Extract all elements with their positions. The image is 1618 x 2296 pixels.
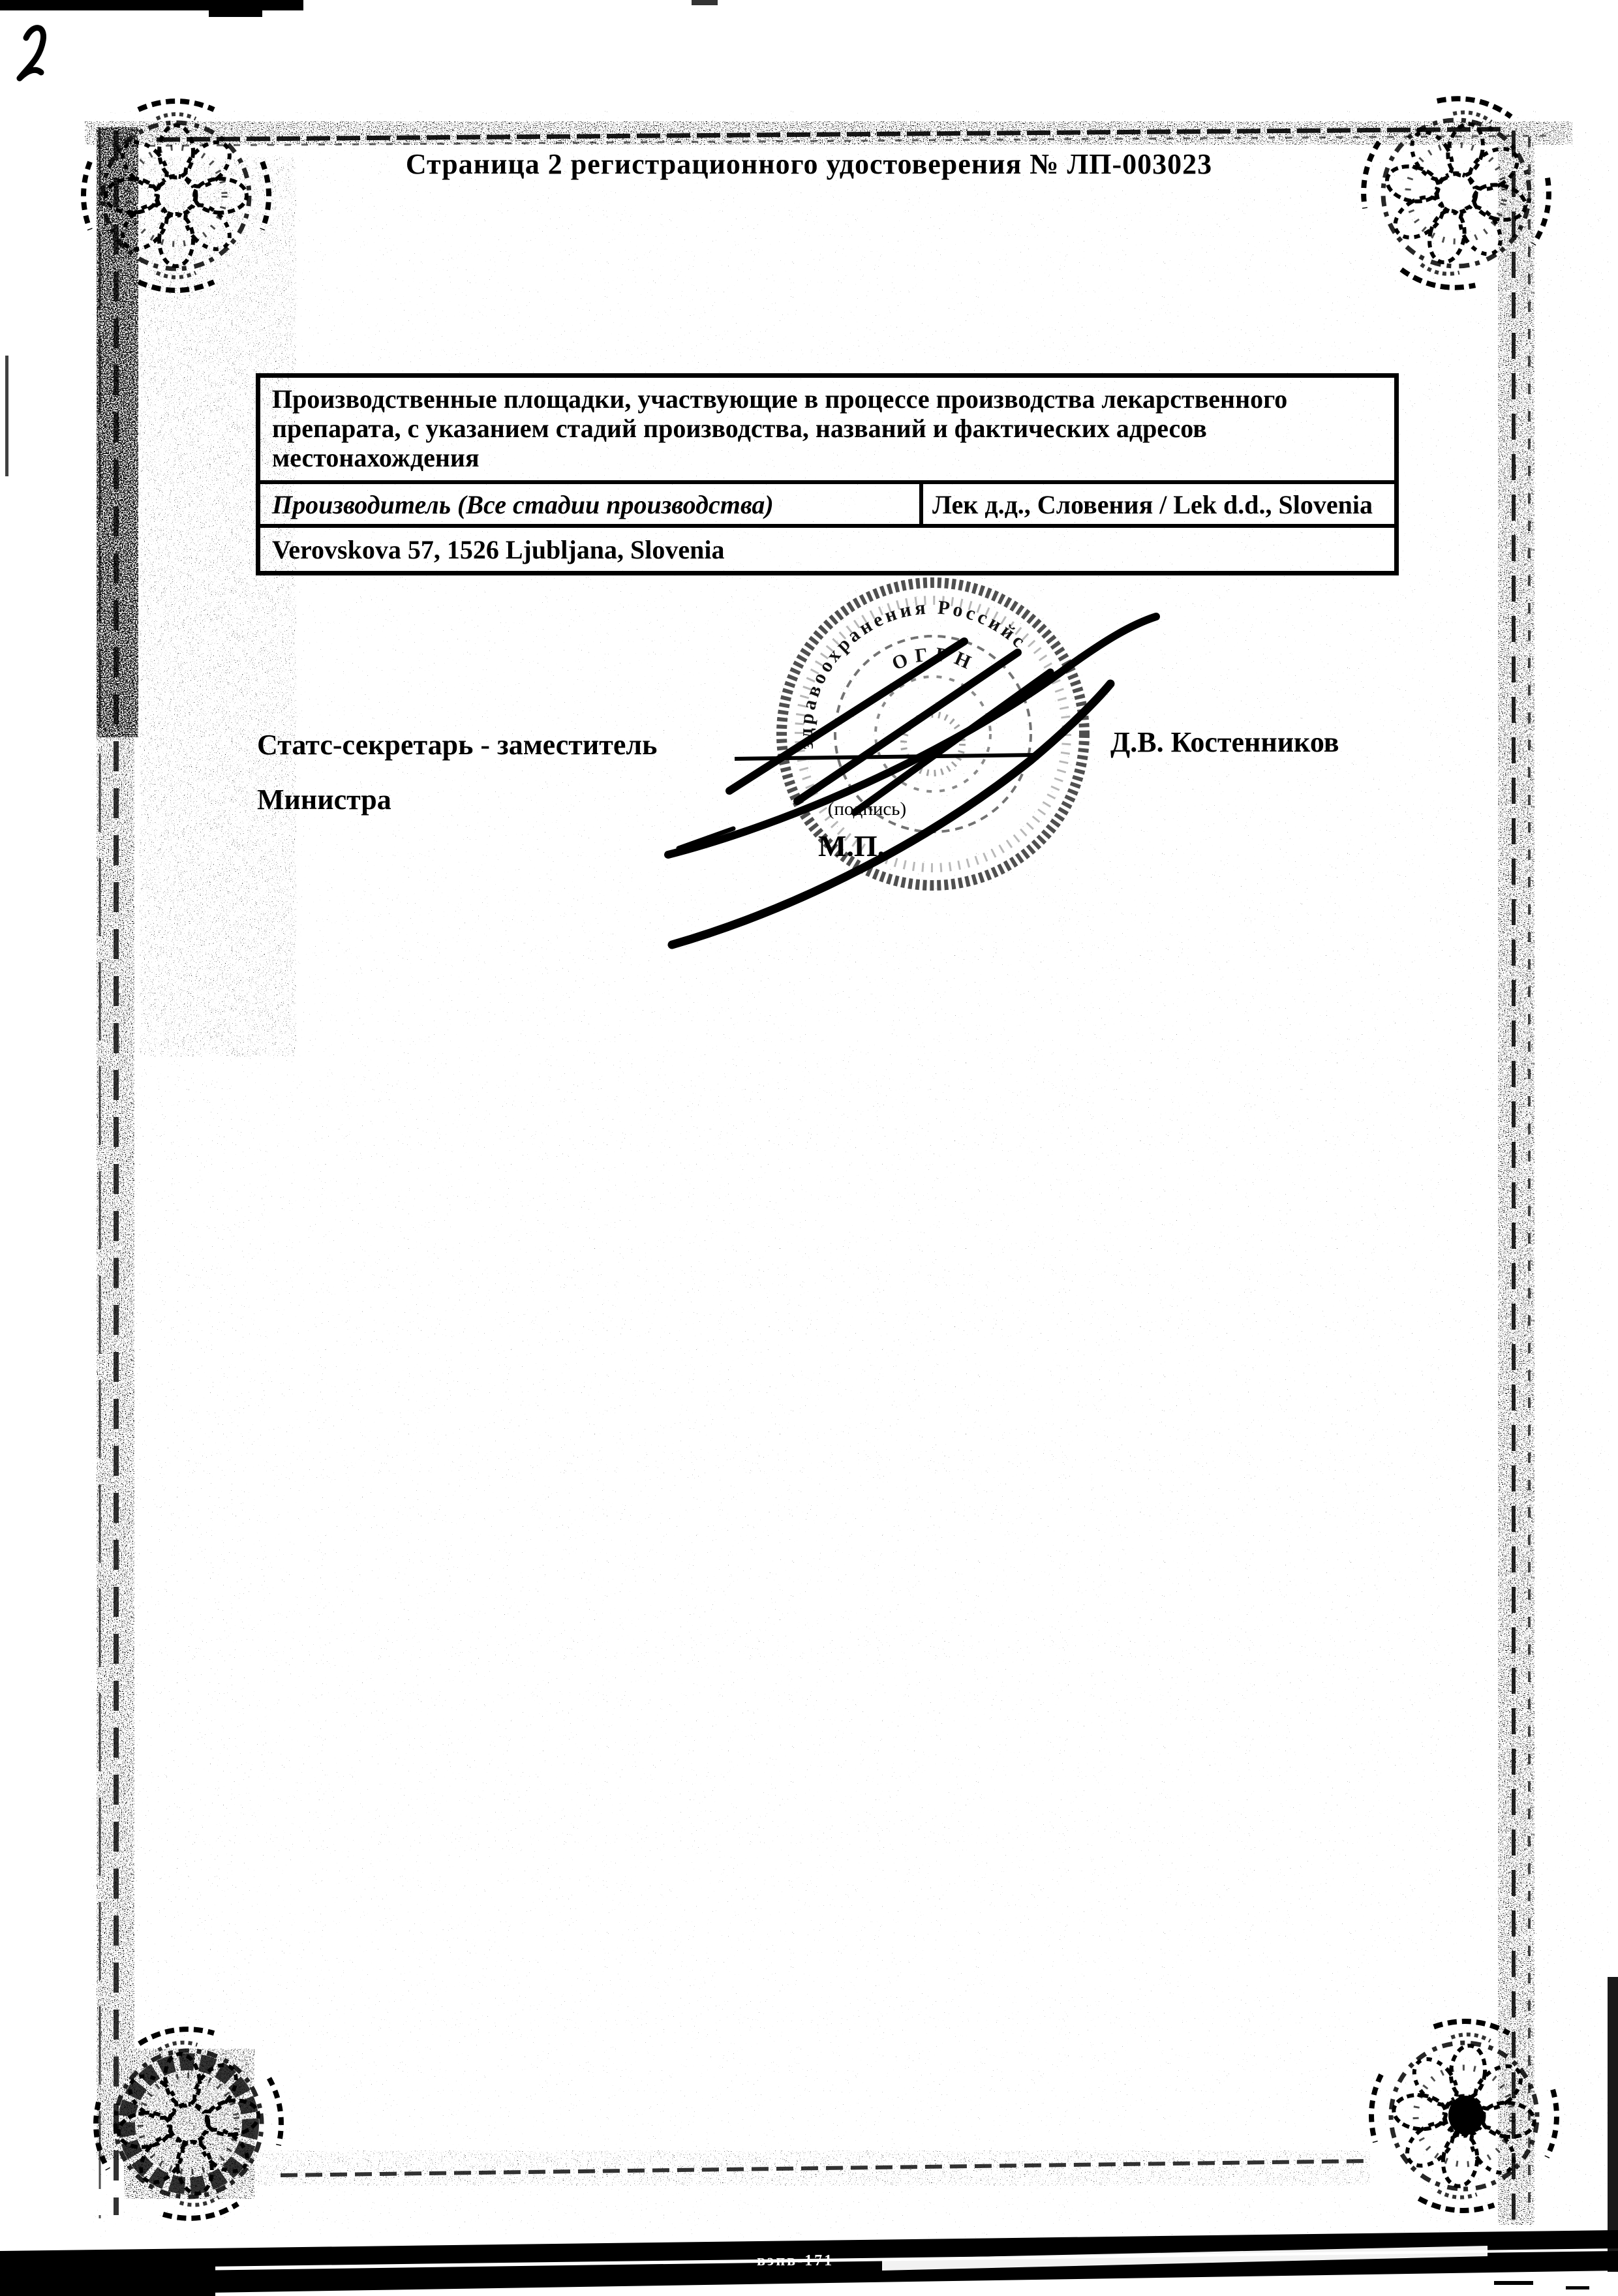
producer-value-cell: Лек д.д., Словения / Lek d.d., Slovenia: [923, 484, 1394, 524]
footer-scan-code: вэпв-171: [757, 2252, 834, 2270]
border-noise-top: [85, 121, 1572, 146]
top-scan-bar: [0, 0, 718, 17]
production-sites-table: Производственные площадки, участвующие в…: [256, 373, 1399, 575]
table-header-line1: Производственные площадки, участвующие в…: [272, 384, 1379, 414]
table-header-line2: препарата, с указанием стадий производст…: [272, 414, 1379, 443]
table-header-cell: Производственные площадки, участвующие в…: [260, 378, 1394, 484]
solid-ink-dot: [1448, 2096, 1484, 2135]
producer-label-cell: Производитель (Все стадии производства): [260, 484, 923, 524]
signatory-name: Д.В. Костенников: [1110, 726, 1339, 759]
scan-decoration-layer: здравоохранения Российс ОГРН: [0, 0, 1618, 2296]
signatory-title-line1: Статс-секретарь - заместитель: [257, 728, 657, 761]
signatory-title-line2: Министра: [257, 783, 391, 816]
seal-place-caption: М.П.: [818, 829, 885, 863]
table-row-producer: Производитель (Все стадии производства) …: [260, 484, 1394, 528]
scanned-certificate-page: здравоохранения Российс ОГРН: [0, 0, 1618, 2296]
handwritten-mark: [20, 28, 44, 78]
page-title: Страница 2 регистрационного удостоверени…: [0, 147, 1618, 181]
table-header-line3: местонахождения: [272, 443, 1379, 472]
signature-caption: (подпись): [805, 799, 929, 820]
table-row-address: Verovskova 57, 1526 Ljubljana, Slovenia: [260, 528, 1394, 575]
border-noise-right: [1498, 127, 1618, 2272]
border-noise-bottom: [248, 2151, 1370, 2186]
